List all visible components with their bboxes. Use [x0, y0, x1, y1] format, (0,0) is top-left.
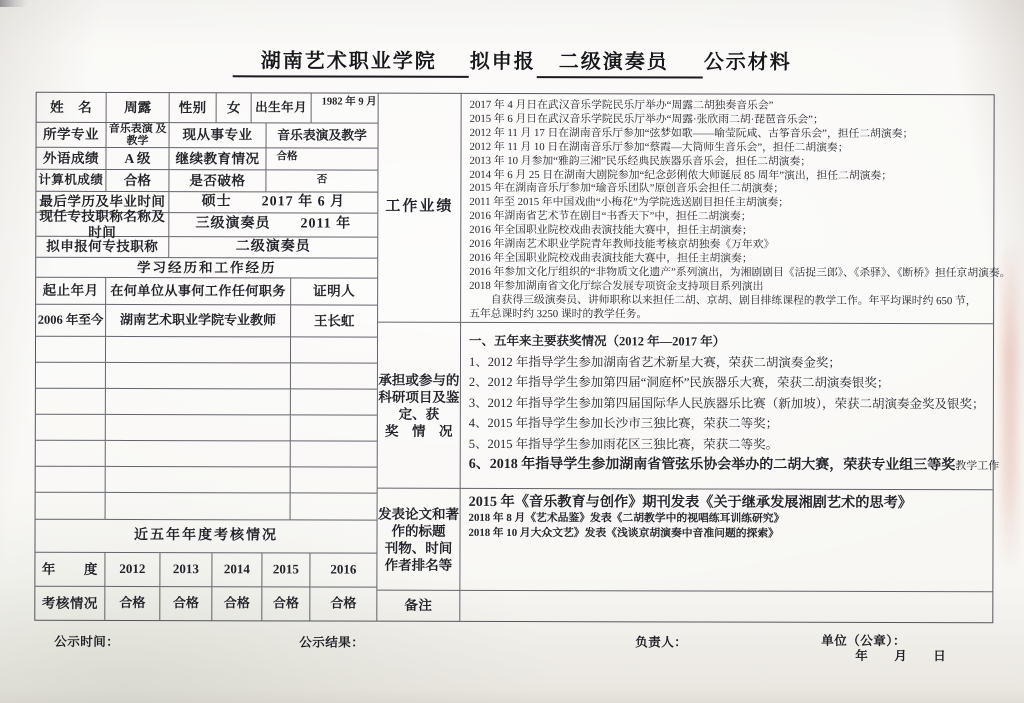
experience-row-work: 湖南艺术职业学院专业教师 — [106, 305, 291, 337]
exception-value: 否 — [266, 170, 378, 192]
work-record-label: 工作业绩 — [378, 94, 462, 323]
experience-empty-cell — [36, 493, 106, 520]
foreign-lang-value: A 级 — [106, 148, 169, 170]
assessment-year: 2012 — [105, 553, 160, 587]
publications-content: 2015 年《音乐教育与创作》期刊发表《关于继承发展湘剧艺术的思考》 2018 … — [460, 489, 992, 592]
work-record-line: 2015 年在湖南音乐厅参加“瑜音乐团队”原创音乐会担任二胡演奏； — [469, 182, 784, 197]
work-record-line: 2017 年 4 月日在武汉音乐学院民乐厅举办“周露二胡独奏音乐会” — [470, 99, 774, 114]
remark-content-empty — [460, 591, 992, 622]
continuing-edu-value: 合格 — [266, 148, 378, 170]
assessment-year: 2014 — [212, 553, 262, 587]
work-record-line: 2016 年参加文化厅组织的“非物质文化遗产”系列演出，为湘剧剧目《活捉三郎》、… — [469, 266, 1010, 281]
experience-empty-cell — [106, 389, 291, 415]
award-item: 3、2012 年指导学生参加第四届国际华人民族器乐比赛（新加坡），荣获二胡演奏金… — [469, 392, 985, 414]
work-record-line: 2013 年 10 月参加“雅韵三湘”民乐经典民族器乐音乐会，担任二胡演奏； — [469, 155, 811, 170]
experience-row-period: 2006 年至今 — [36, 305, 106, 337]
work-record-line: 2015 年 6 月日在武汉音乐学院民乐厅举办“周露·张欣雨二胡·琵琶音乐会”； — [470, 113, 824, 128]
title-rank-underlined: 二级演奏员 — [537, 45, 703, 78]
work-record-line: 2012 年 11 月 17 日在湖南音乐厅参加“弦梦如歌——喻莹阮咸、古筝音乐… — [470, 127, 914, 142]
assessment-result: 合格 — [310, 587, 377, 620]
experience-empty-cell — [106, 415, 291, 441]
name-label: 姓 名 — [37, 93, 107, 123]
awards-section-label: 承担或参与的 科研项目及鉴 定、获 奖 情 况 — [378, 323, 461, 489]
experience-empty-cell — [36, 415, 106, 441]
work-record-line: 2018 年参加湖南省文化厅综合发展专项资金支持项目系列演出 — [469, 280, 763, 295]
birth-label: 出生年月 — [252, 93, 312, 123]
assessment-result: 合格 — [105, 587, 160, 620]
remark-label: 备注 — [377, 591, 460, 621]
apply-title-label: 拟申报何专技职称 — [36, 237, 169, 258]
work-record-content: 2017 年 4 月日在武汉音乐学院民乐厅举办“周露二胡独奏音乐会”2015 年… — [461, 94, 994, 324]
date-blank-line: 年 月 日 — [855, 646, 946, 664]
publication-line: 2015 年《音乐教育与创作》期刊发表《关于继承发展湘剧艺术的思考》 — [469, 493, 912, 512]
responsible-label: 负责人： — [635, 632, 687, 650]
work-record-line: 2016 年全国职业院校戏曲表演技能大赛中，担任主胡演奏； — [469, 252, 752, 267]
work-record-line: 自获得三级演奏员、讲师职称以来担任二胡、京胡、剧目排练课程的教学工作。年平均课时… — [469, 294, 976, 309]
sheet: 湖南艺术职业学院拟申报二级演奏员公示材料 姓 名 周露 性别 女 出生年月 19… — [0, 0, 1024, 703]
award-item: 2、2012 年指导学生参加第四届“洞庭杯”民族器乐大赛，荣获二胡演奏银奖； — [469, 372, 985, 394]
computer-label: 计算机成绩 — [36, 170, 106, 192]
experience-empty-cell — [291, 441, 378, 467]
assessment-result: 合格 — [212, 587, 262, 620]
experience-empty-cell — [291, 337, 378, 363]
current-major-label: 现从事专业 — [170, 123, 267, 148]
assessment-year: 2015 — [262, 553, 310, 587]
continuing-edu-label: 继续教育情况 — [169, 148, 266, 170]
assessment-year: 2016 — [310, 553, 377, 587]
assessment-result: 合格 — [262, 587, 310, 620]
current-title-value: 三级演奏员 2011 年 — [169, 213, 378, 238]
assessment-header: 近五年年度考核情况 — [35, 520, 377, 554]
awards-content: 一、五年来主要获奖情况（2012 年—2017 年） 1、2012 年指导学生参… — [461, 323, 993, 490]
award-item: 4、2015 年指导学生参加长沙市三独比赛，荣获二等奖； — [469, 413, 985, 435]
work-record-line: 2016 年全国职业院校戏曲表演技能大赛中，担任主胡演奏； — [469, 224, 752, 239]
experience-empty-cell — [106, 441, 291, 467]
work-record-line: 2011 年至 2015 年中国戏曲“小梅花”为学院选送剧目担任主胡演奏； — [469, 196, 789, 211]
title-action: 拟申报 — [469, 45, 537, 76]
form-table: 姓 名 周露 性别 女 出生年月 1982 年 9 月 所学专业 音乐表演 及教… — [34, 92, 994, 624]
major-value: 音乐表演 及教学 — [107, 123, 170, 148]
experience-empty-cell — [291, 415, 378, 441]
publicity-result-label: 公示结果： — [299, 632, 364, 650]
experience-col-witness: 证明人 — [291, 278, 378, 305]
experience-empty-cell — [36, 467, 106, 493]
title-suffix: 公示材料 — [703, 45, 793, 76]
foreign-lang-label: 外语成绩 — [36, 148, 106, 170]
experience-section-header: 学习经历和工作经历 — [36, 258, 378, 279]
experience-empty-cell — [106, 363, 291, 389]
work-record-line: 五年总课时约 3250 课时的教学任务。 — [469, 307, 647, 321]
publication-line: 2018 年 8 月《艺术品鉴》发表《二胡教学中的视唱练耳训练研究》 — [469, 511, 785, 527]
awards-list: 1、2012 年指导学生参加湖南省艺术新星大赛，荣获二胡演奏金奖；2、2012 … — [469, 351, 985, 455]
experience-empty-cell — [291, 467, 378, 493]
assessment-result-label: 考核情况 — [35, 587, 105, 620]
experience-col-work: 在何单位从事何工作任何职务 — [106, 278, 291, 305]
experience-empty-cell — [106, 493, 291, 520]
experience-empty-cell — [36, 363, 106, 389]
experience-empty-cell — [291, 389, 378, 415]
experience-col-period: 起止年月 — [36, 278, 106, 305]
computer-value: 合格 — [106, 170, 169, 192]
apply-title-value: 二级演奏员 — [169, 237, 378, 259]
experience-empty-cell — [291, 493, 378, 520]
award-item-6-suffix: 教学工作 — [955, 460, 999, 472]
assessment-year-label: 年 度 — [35, 553, 105, 587]
major-label: 所学专业 — [37, 123, 107, 148]
experience-row-witness: 王长虹 — [291, 305, 378, 337]
current-major-value: 音乐表演及教学 — [267, 123, 379, 148]
award-item: 1、2012 年指导学生参加湖南省艺术新星大赛，荣获二胡演奏金奖； — [469, 351, 985, 373]
publications-section-label: 发表论文和著 作的标题 刊物、时间 作者排名等 — [377, 489, 460, 591]
assessment-year: 2013 — [160, 553, 212, 587]
gender-value: 女 — [217, 93, 252, 123]
page-title: 湖南艺术职业学院拟申报二级演奏员公示材料 — [1, 44, 1024, 80]
assessment-result: 合格 — [160, 587, 212, 620]
experience-empty-cell — [36, 337, 106, 363]
title-school-underlined: 湖南艺术职业学院 — [233, 44, 469, 78]
current-title-label: 现任专技职称名称及时间 — [36, 213, 169, 237]
publicity-time-label: 公示时间： — [54, 632, 119, 650]
experience-empty-cell — [106, 467, 291, 493]
award-item: 5、2015 年指导学生参加雨花区三独比赛，荣获二等奖。 — [469, 433, 985, 455]
experience-empty-cell — [36, 389, 106, 415]
scan-corner-smudge — [0, 0, 28, 7]
work-record-line: 2016 年湖南省艺术节在剧目“书香天下”中，担任二胡演奏； — [469, 210, 751, 225]
birth-value: 1982 年 9 月 — [312, 93, 379, 123]
scanned-form-page: 湖南艺术职业学院拟申报二级演奏员公示材料 姓 名 周露 性别 女 出生年月 19… — [0, 0, 1024, 703]
award-item-6-text: 6、2018 年指导学生参加湖南省管弦乐协会举办的二胡大赛，荣获专业组三等奖 — [469, 457, 956, 473]
work-record-line: 2012 年 11 月 10 日在湖南音乐厅参加“蔡霞—大筒师生音乐会”，担任二… — [470, 141, 849, 156]
experience-empty-cell — [36, 441, 106, 467]
award-item-6: 6、2018 年指导学生参加湖南省管弦乐协会举办的二胡大赛，荣获专业组三等奖教学… — [469, 454, 1000, 477]
last-degree-value: 硕士 2017 年 6 月 — [169, 192, 378, 214]
publication-line: 2018 年 10 月大众文艺》发表《浅谈京胡演奏中音准问题的探索》 — [469, 526, 779, 542]
work-record-line: 2016 年湖南艺术职业学院青年教师技能考核京胡独奏《万年欢》 — [469, 238, 774, 253]
name-value: 周露 — [107, 93, 170, 123]
awards-header: 一、五年来主要获奖情况（2012 年—2017 年） — [469, 331, 725, 352]
exception-label: 是否破格 — [169, 170, 266, 192]
gender-label: 性别 — [170, 93, 217, 123]
experience-empty-cell — [106, 337, 291, 363]
experience-empty-cell — [291, 363, 378, 389]
